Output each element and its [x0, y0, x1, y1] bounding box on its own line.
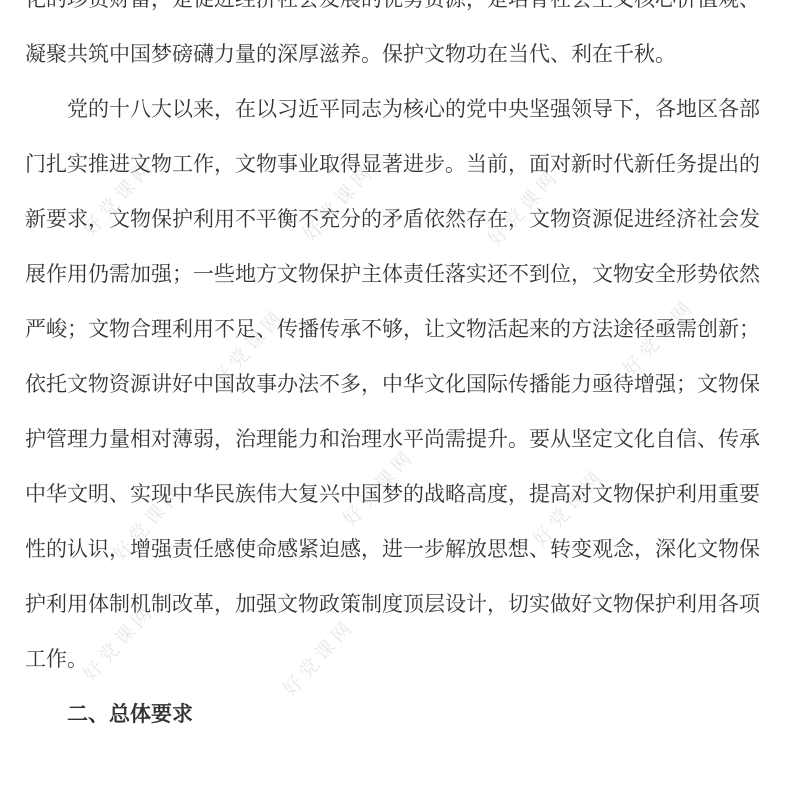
text-line: 护利用体制机制改革，加强文物政策制度顶层设计，切实做好文物保护利用各项: [25, 577, 778, 632]
text-line: 严峻；文物合理利用不足、传播传承不够，让文物活起来的方法途径亟需创新；: [25, 302, 778, 357]
document-page: 好党课网好党课网好党课网好党课网好党课网好党课网好党课网好党课网好党课网好党课网…: [0, 0, 800, 800]
text-line: 护管理力量相对薄弱，治理能力和治理水平尚需提升。要从坚定文化自信、传承: [25, 412, 778, 467]
text-line: 中华文明、实现中华民族伟大复兴中国梦的战略高度，提高对文物保护利用重要: [25, 467, 778, 522]
text-line: 工作。: [25, 632, 778, 687]
text-line: 凝聚共筑中国梦磅礴力量的深厚滋养。保护文物功在当代、利在千秋。: [25, 27, 778, 82]
text-line: 新要求，文物保护利用不平衡不充分的矛盾依然存在，文物资源促进经济社会发: [25, 192, 778, 247]
text-line: 依托文物资源讲好中国故事办法不多，中华文化国际传播能力亟待增强；文物保: [25, 357, 778, 412]
paragraph-intro: 化的珍贵财富，是促进经济社会发展的优势资源，是培育社会主义核心价值观、凝聚共筑中…: [25, 0, 778, 82]
section-heading: 二、总体要求: [25, 687, 778, 742]
text-line: 化的珍贵财富，是促进经济社会发展的优势资源，是培育社会主义核心价值观、: [25, 0, 778, 27]
text-line: 展作用仍需加强；一些地方文物保护主体责任落实还不到位，文物安全形势依然: [25, 247, 778, 302]
paragraph-main: 党的十八大以来，在以习近平同志为核心的党中央坚强领导下，各地区各部门扎实推进文物…: [25, 82, 778, 687]
text-line: 党的十八大以来，在以习近平同志为核心的党中央坚强领导下，各地区各部: [25, 82, 778, 137]
document-body: 化的珍贵财富，是促进经济社会发展的优势资源，是培育社会主义核心价值观、凝聚共筑中…: [0, 0, 800, 742]
text-line: 性的认识，增强责任感使命感紧迫感，进一步解放思想、转变观念，深化文物保: [25, 522, 778, 577]
text-line: 门扎实推进文物工作，文物事业取得显著进步。当前，面对新时代新任务提出的: [25, 137, 778, 192]
